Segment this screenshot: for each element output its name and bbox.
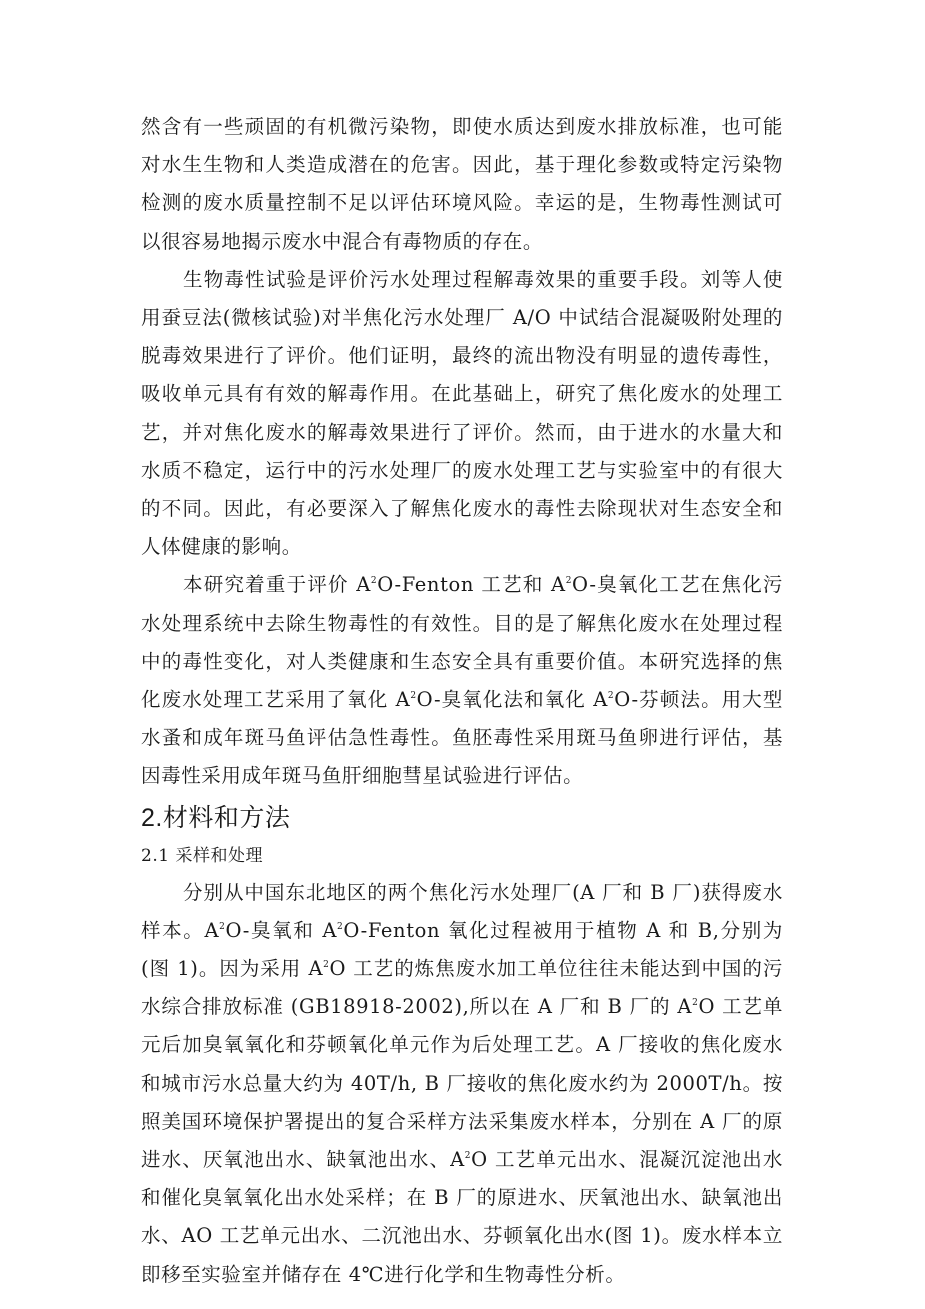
subsection-heading: 2.1 采样和处理 [141, 838, 783, 874]
text-segment: O 工艺单元后加臭氧氧化和芬顿氧化单元作为后处理工艺。A 厂接收的焦化废水和城市… [141, 995, 783, 1171]
text-segment: O-臭氧和 A [225, 919, 337, 942]
text-segment: O-臭氧化法和氧化 A [417, 688, 608, 711]
paragraph-sampling: 分别从中国东北地区的两个焦化污水处理厂(A 厂和 B 厂)获得废水样本。A2O-… [141, 874, 783, 1294]
text-segment: O-Fenton 工艺和 A [377, 573, 565, 596]
paragraph-biotoxicity-testing: 生物毒性试验是评价污水处理过程解毒效果的重要手段。刘等人使用蚕豆法(微核试验)对… [141, 261, 783, 567]
paragraph-study-objective: 本研究着重于评价 A2O-Fenton 工艺和 A2O-臭氧化工艺在焦化污水处理… [141, 566, 783, 795]
document-page: 然含有一些顽固的有机微污染物，即使水质达到废水排放标准，也可能对水生生物和人类造… [141, 108, 783, 1294]
paragraph-intro-continuation: 然含有一些顽固的有机微污染物，即使水质达到废水排放标准，也可能对水生生物和人类造… [141, 108, 783, 261]
section-heading: 2.材料和方法 [141, 800, 783, 836]
text-segment: 本研究着重于评价 A [183, 573, 371, 596]
